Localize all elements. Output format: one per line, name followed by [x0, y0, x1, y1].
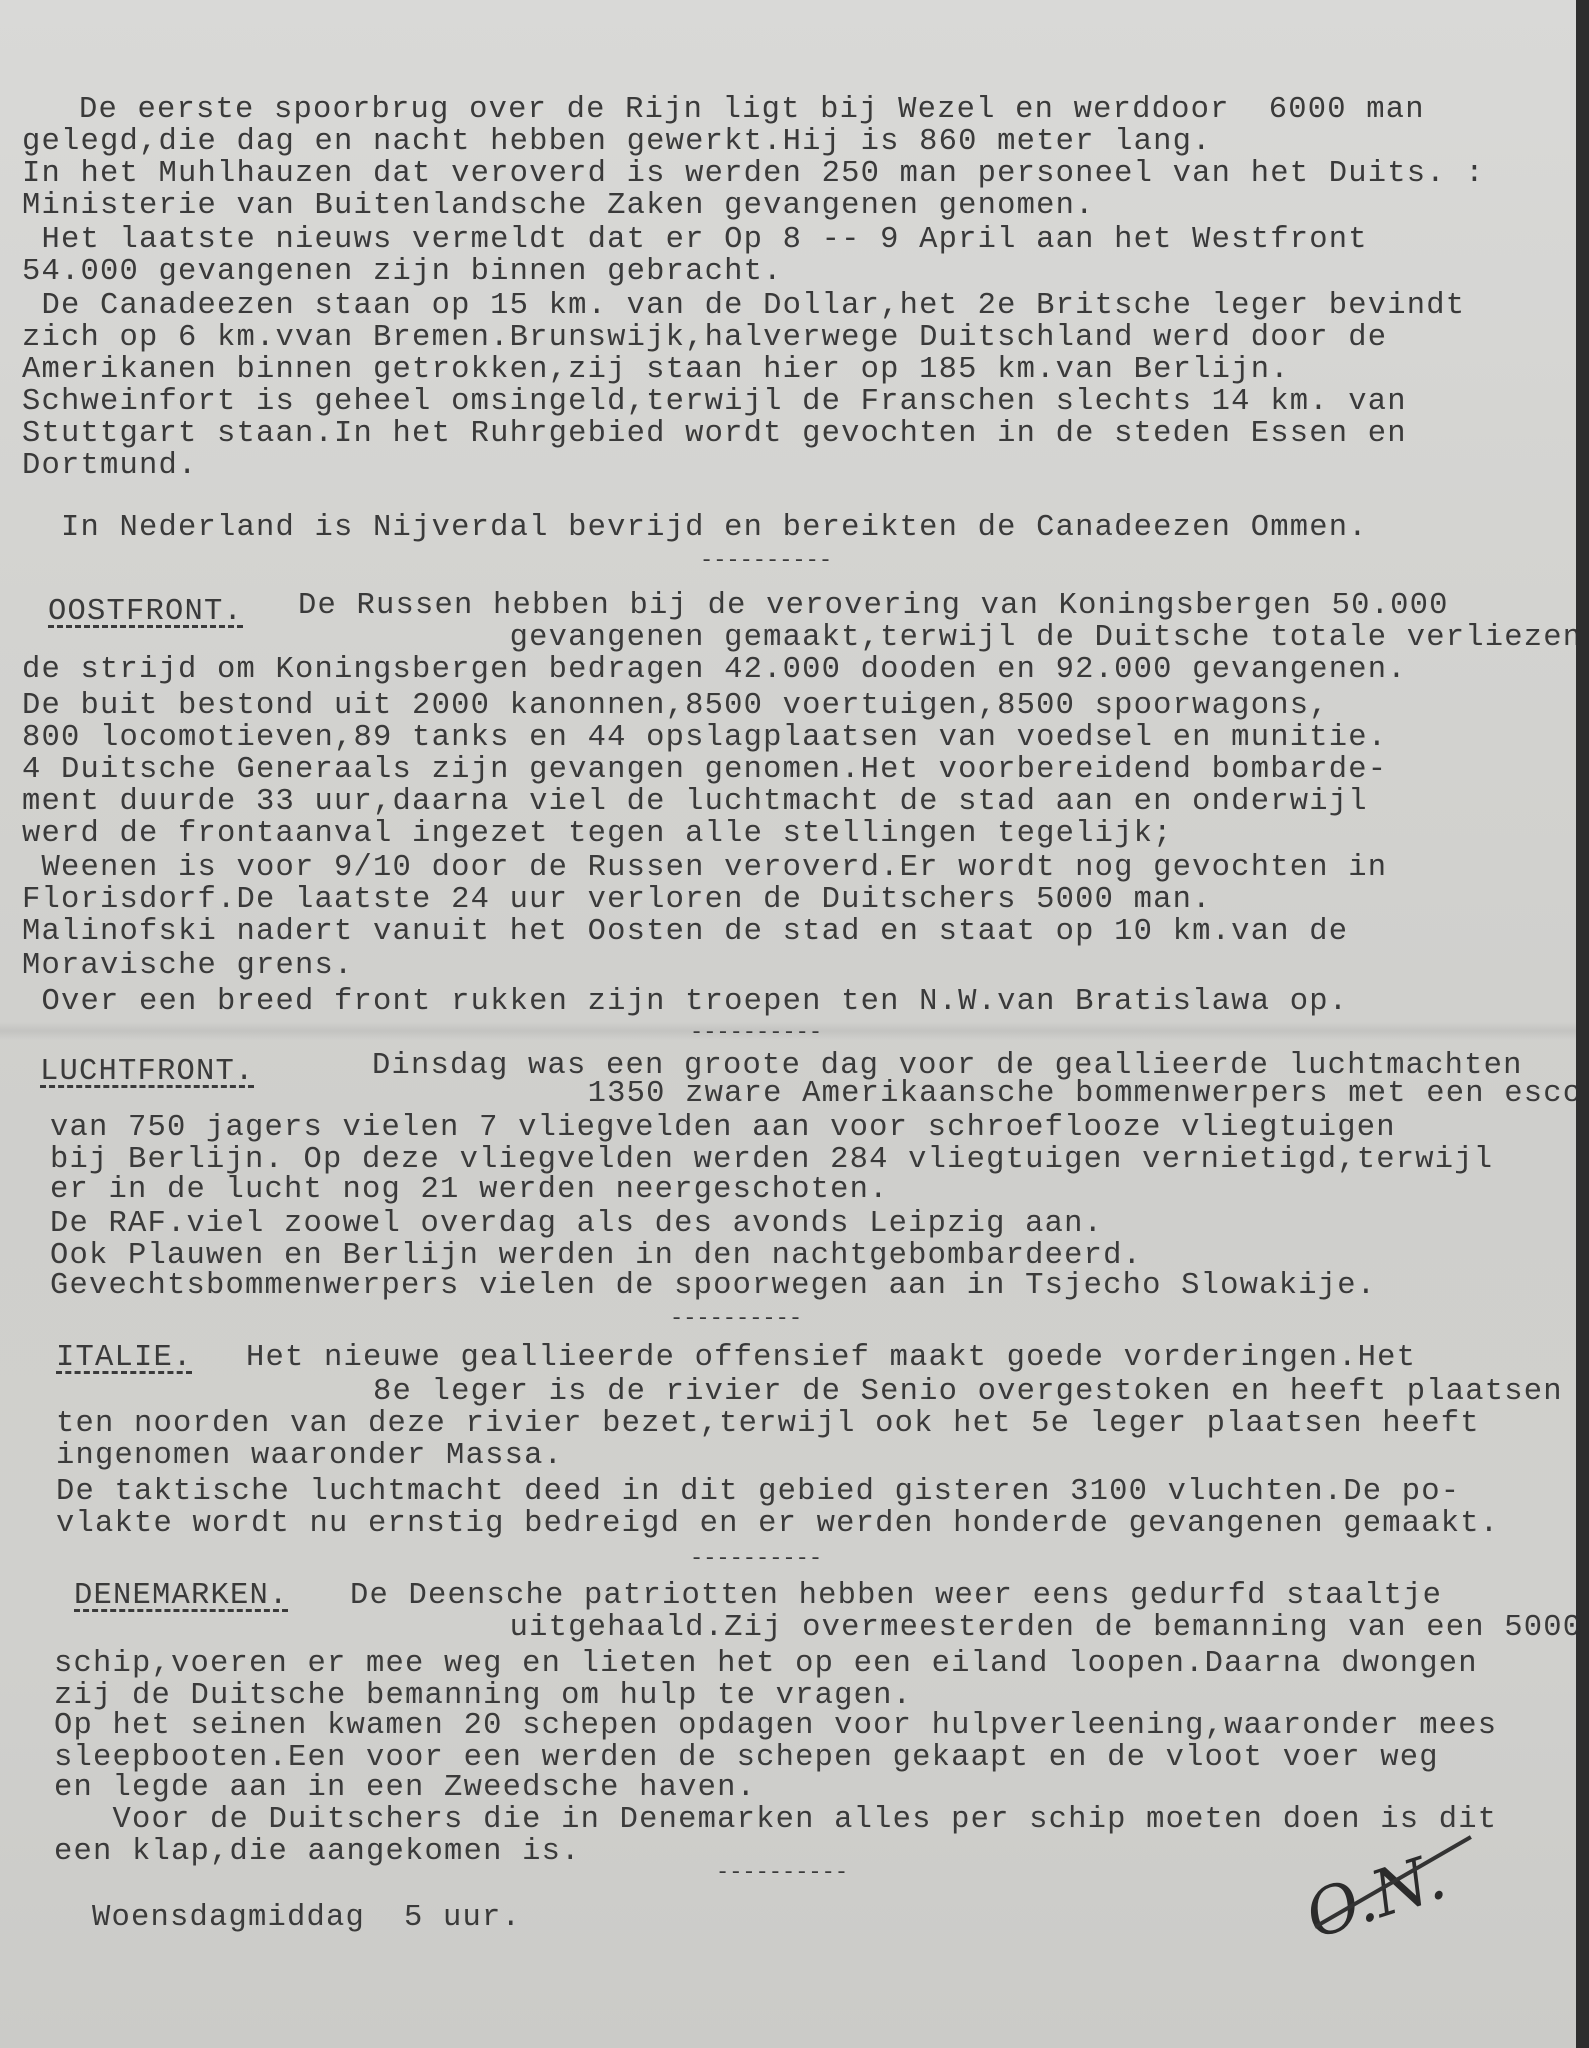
intro-line: Ministerie van Buitenlandsche Zaken geva… — [22, 190, 1095, 222]
section-line: en legde aan in een Zweedsche haven. — [54, 1772, 756, 1804]
section-line: Voor de Duitschers die in Denemarken all… — [54, 1804, 1497, 1836]
section-line: 1350 zware Amerikaansche bommenwerpers m… — [22, 1078, 1589, 1110]
section-line: werd de frontaanval ingezet tegen alle s… — [22, 818, 1173, 850]
section-line: De buit bestond uit 2000 kanonnen,8500 v… — [22, 690, 1329, 722]
section-line: de strijd om Koningsbergen bedragen 42.0… — [22, 654, 1407, 686]
intro-line: Het laatste nieuws vermeldt dat er Op 8 … — [22, 224, 1368, 256]
intro-line: In het Muhlhauzen dat veroverd is werden… — [22, 158, 1485, 190]
separator: ---------- — [670, 1306, 802, 1331]
typewritten-page: De eerste spoorbrug over de Rijn ligt bi… — [0, 0, 1576, 2048]
section-line: 8e leger is de rivier de Senio overgesto… — [22, 1376, 1563, 1408]
section-line: 800 locomotieven,89 tanks en 44 opslagpl… — [22, 722, 1387, 754]
section-line: De RAF.viel zoowel overdag als des avond… — [50, 1208, 1103, 1240]
section-line: De Deensche patriotten hebben weer eens … — [350, 1580, 1442, 1612]
separator: ---------- — [690, 1020, 822, 1045]
intro-line: Stuttgart staan.In het Ruhrgebied wordt … — [22, 418, 1407, 450]
section-line: Over een breed front rukken zijn troepen… — [22, 986, 1348, 1018]
section-line: Gevechtsbommenwerpers vielen de spoorweg… — [50, 1270, 1376, 1302]
section-line: ment duurde 33 uur,daarna viel de luchtm… — [22, 786, 1368, 818]
nederland-line: In Nederland is Nijverdal bevrijd en ber… — [22, 512, 1368, 544]
separator: ---------- — [700, 548, 832, 573]
section-line: schip,voeren er mee weg en lieten het op… — [54, 1648, 1478, 1680]
intro-line: Amerikanen binnen getrokken,zij staan hi… — [22, 354, 1290, 386]
section-line: Moravische grens. — [22, 950, 354, 982]
section-line: De Russen hebben bij de verovering van K… — [298, 590, 1449, 622]
intro-line: zich op 6 km.vvan Bremen.Brunswijk,halve… — [22, 322, 1387, 354]
section-line: ten noorden van deze rivier bezet,terwij… — [56, 1408, 1480, 1440]
intro-line: De eerste spoorbrug over de Rijn ligt bi… — [40, 94, 1425, 126]
date-line: Woensdagmiddag 5 uur. — [92, 1902, 521, 1934]
intro-line: Schweinfort is geheel omsingeld,terwijl … — [22, 386, 1407, 418]
section-line: Florisdorf.De laatste 24 uur verloren de… — [22, 884, 1212, 916]
section-line: uitgehaald.Zij overmeesterden de bemanni… — [22, 1612, 1589, 1644]
section-line: 4 Duitsche Generaals zijn gevangen genom… — [22, 754, 1387, 786]
paper-edge-shadow — [1576, 0, 1589, 2048]
section-line: zij de Duitsche bemanning om hulp te vra… — [54, 1680, 912, 1712]
section-line: Het nieuwe geallieerde offensief maakt g… — [246, 1342, 1416, 1374]
section-line: Op het seinen kwamen 20 schepen opdagen … — [54, 1710, 1497, 1742]
section-line: De taktische luchtmacht deed in dit gebi… — [56, 1476, 1460, 1508]
section-line: vlakte wordt nu ernstig bedreigd en er w… — [56, 1508, 1499, 1540]
section-line: Weenen is voor 9/10 door de Russen verov… — [22, 852, 1387, 884]
intro-line: Dortmund. — [22, 450, 198, 482]
intro-line: gelegd,die dag en nacht hebben gewerkt.H… — [22, 126, 1212, 158]
separator: ---------- — [690, 1546, 822, 1571]
intro-line: De Canadeezen staan op 15 km. van de Dol… — [22, 290, 1465, 322]
section-line: gevangenen gemaakt,terwijl de Duitsche t… — [22, 622, 1589, 654]
section-line: sleepbooten.Een voor een werden de schep… — [54, 1742, 1439, 1774]
section-line: Ook Plauwen en Berlijn werden in den nac… — [50, 1240, 1142, 1272]
section-heading-italie: ITALIE. — [56, 1342, 193, 1374]
section-line: ingenomen waaronder Massa. — [56, 1440, 563, 1472]
section-line: een klap,die aangekomen is. — [54, 1836, 581, 1868]
separator: ---------- — [716, 1860, 848, 1885]
section-line: van 750 jagers vielen 7 vliegvelden aan … — [50, 1112, 1396, 1144]
section-line: er in de lucht nog 21 werden neergeschot… — [50, 1174, 889, 1206]
intro-line: 54.000 gevangenen zijn binnen gebracht. — [22, 256, 783, 288]
section-line: Malinofski nadert vanuit het Oosten de s… — [22, 916, 1348, 948]
section-heading-denemarken: DENEMARKEN. — [74, 1580, 289, 1612]
section-line: bij Berlijn. Op deze vliegvelden werden … — [50, 1144, 1493, 1176]
